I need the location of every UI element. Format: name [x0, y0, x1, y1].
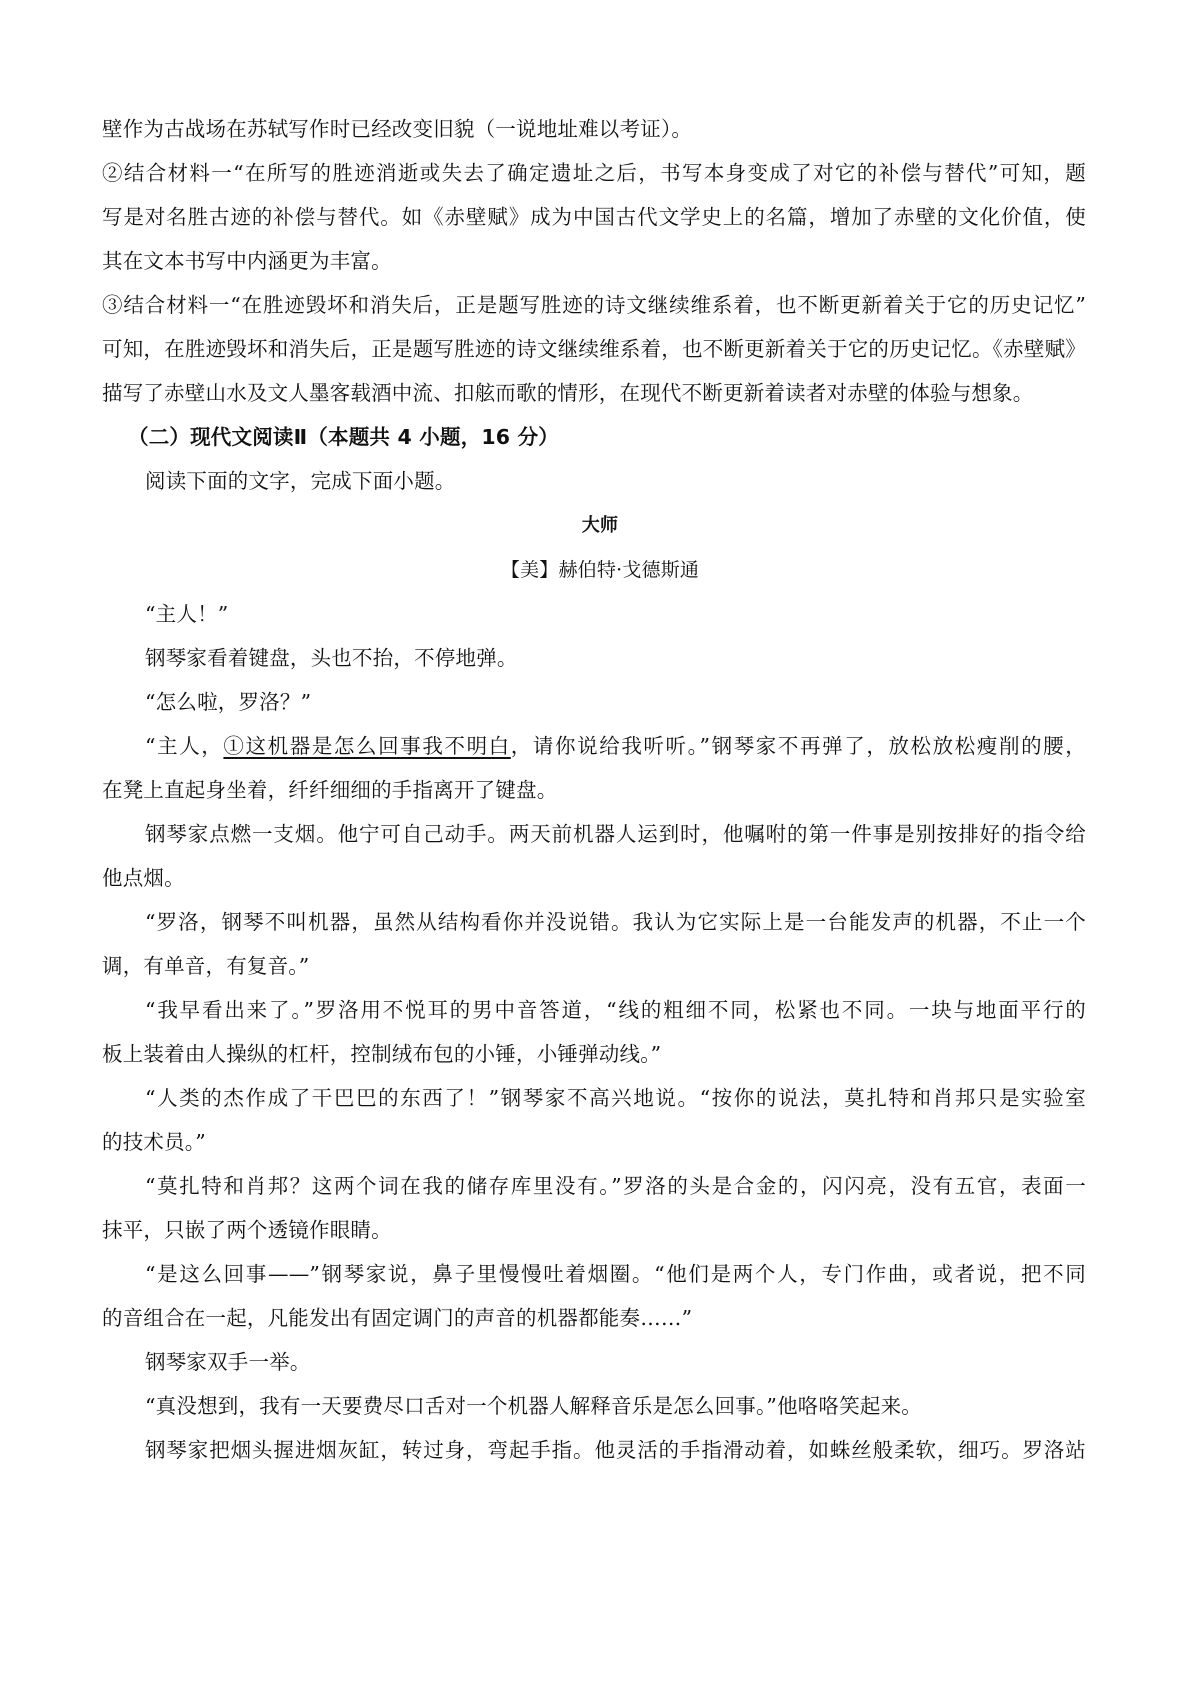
story-line: 抹平，只嵌了两个透镜作眼睛。 [102, 1218, 392, 1242]
story-line: “罗洛，钢琴不叫机器，虽然从结构看你并没说错。我认为它实际上是一台能发声的机器，… [145, 910, 1086, 934]
answer-paragraph-3-line-1: ③结合材料一“在胜迹毁坏和消失后，正是题写胜迹的诗文继续维系着，也不断更新着关于… [102, 293, 1086, 317]
story-line: “主人！” [145, 602, 228, 626]
story-line: 钢琴家双手一举。 [145, 1350, 311, 1374]
story-line: 他点烟。 [102, 866, 185, 890]
answer-paragraph-3-line-3: 描写了赤壁山水及文人墨客载酒中流、扣舷而歌的情形，在现代不断更新着读者对赤壁的体… [102, 381, 1034, 405]
story-title: 大师 [0, 514, 1200, 538]
story-text: “主人， [145, 734, 223, 758]
story-line: “真没想到，我有一天要费尽口舌对一个机器人解释音乐是怎么回事。”他咯咯笑起来。 [145, 1394, 922, 1418]
story-line: 调，有单音，有复音。” [102, 954, 309, 978]
exam-page: 壁作为古战场在苏轼写作时已经改变旧貌（一说地址难以考证）。 ②结合材料一“在所写… [0, 0, 1200, 1698]
story-text: ，请你说给我听听。”钢琴家不再弹了，放松放松瘦削的腰， [511, 734, 1086, 758]
story-line: 板上装着由人操纵的杠杆，控制绒布包的小锤，小锤弹动线。” [102, 1042, 661, 1066]
section-instruction: 阅读下面的文字，完成下面小题。 [145, 469, 456, 493]
story-line: 的技术员。” [102, 1130, 206, 1154]
story-line: 在凳上直起身坐着，纤纤细细的手指离开了键盘。 [102, 778, 557, 802]
answer-paragraph-1-tail: 壁作为古战场在苏轼写作时已经改变旧貌（一说地址难以考证）。 [102, 117, 692, 141]
story-line: “我早看出来了。”罗洛用不悦耳的男中音答道，“线的粗细不同，松紧也不同。一块与地… [145, 998, 1086, 1022]
answer-paragraph-2-line-3: 其在文本书写中内涵更为丰富。 [102, 249, 392, 273]
story-line: “是这么回事——”钢琴家说，鼻子里慢慢吐着烟圈。“他们是两个人，专门作曲，或者说… [145, 1262, 1086, 1286]
story-line: 钢琴家把烟头握进烟灰缸，转过身，弯起手指。他灵活的手指滑动着，如蛛丝般柔软，细巧… [145, 1438, 1086, 1462]
answer-paragraph-2-line-2: 写是对名胜古迹的补偿与替代。如《赤壁赋》成为中国古代文学史上的名篇，增加了赤壁的… [102, 205, 1086, 229]
story-line: 钢琴家点燃一支烟。他宁可自己动手。两天前机器人运到时，他嘱咐的第一件事是别按排好… [145, 822, 1086, 846]
story-line: “莫扎特和肖邦？这两个词在我的储存库里没有。”罗洛的头是合金的，闪闪亮，没有五官… [145, 1174, 1086, 1198]
story-line: “主人，①这机器是怎么回事我不明白，请你说给我听听。”钢琴家不再弹了，放松放松瘦… [145, 734, 1086, 758]
story-line: “人类的杰作成了干巴巴的东西了！”钢琴家不高兴地说。“按你的说法，莫扎特和肖邦只… [145, 1086, 1086, 1110]
underlined-sentence-1: ①这机器是怎么回事我不明白 [223, 734, 510, 758]
answer-paragraph-3-line-2: 可知，在胜迹毁坏和消失后，正是题写胜迹的诗文继续维系着，也不断更新着关于它的历史… [102, 337, 1086, 361]
answer-paragraph-2-line-1: ②结合材料一“在所写的胜迹消逝或失去了确定遗址之后，书写本身变成了对它的补偿与替… [102, 161, 1086, 185]
story-author: 【美】赫伯特·戈德斯通 [0, 558, 1200, 582]
story-line: 的音组合在一起，凡能发出有固定调门的声音的机器都能奏……” [102, 1306, 692, 1330]
section-heading: （二）现代文阅读Ⅱ（本题共 4 小题，16 分） [128, 425, 559, 449]
story-line: “怎么啦，罗洛？” [145, 690, 311, 714]
story-line: 钢琴家看着键盘，头也不抬，不停地弹。 [145, 646, 518, 670]
